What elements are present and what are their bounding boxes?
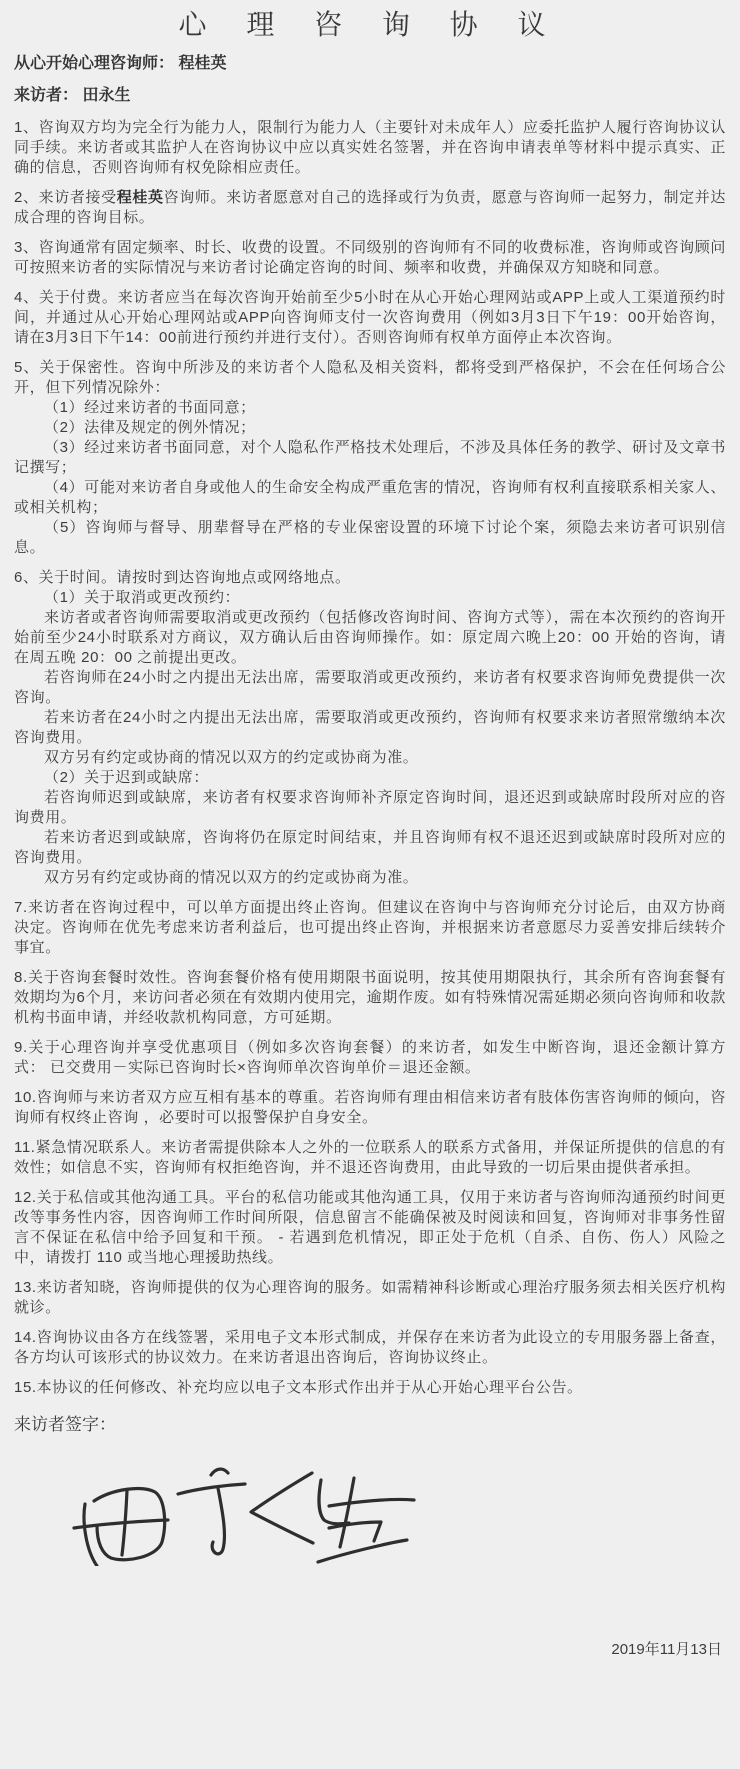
clause-6-item-6: （2）关于迟到或缺席： xyxy=(14,768,726,788)
clause-4: 4、关于付费。来访者应当在每次咨询开始前至少5小时在从心开始心理网站或APP上或… xyxy=(14,288,726,348)
clause-5-item-1: （1）经过来访者的书面同意； xyxy=(14,398,726,418)
counselor-name: 程桂英 xyxy=(178,55,226,72)
signature-handwriting-tian-yong-sheng xyxy=(72,1454,417,1566)
clause-5-item-4: （4）可能对来访者自身或他人的生命安全构成严重危害的情况，咨询师有权利直接联系相… xyxy=(14,478,726,518)
clause-8: 8.关于咨询套餐时效性。咨询套餐价格有使用期限书面说明，按其使用期限执行，其余所… xyxy=(14,968,726,1028)
signature-label: 来访者签字： xyxy=(14,1414,726,1436)
agreement-body: 1、咨询双方均为完全行为能力人，限制行为能力人（主要针对未成年人）应委托监护人履… xyxy=(14,118,726,1398)
clause-9: 9.关于心理咨询并享受优惠项目（例如多次咨询套餐）的来访者，如发生中断咨询，退还… xyxy=(14,1038,726,1078)
clause-2-pre: 2、来访者接受 xyxy=(14,189,117,206)
counselor-label: 从心开始心理咨询师： xyxy=(14,55,174,72)
clause-6: 6、关于时间。请按时到达咨询地点或网络地点。 xyxy=(14,568,726,588)
visitor-line: 来访者： 田永生 xyxy=(14,86,726,106)
clause-5-item-2: （2）法律及规定的例外情况； xyxy=(14,418,726,438)
page-title: 心 理 咨 询 协 议 xyxy=(14,8,726,42)
clause-6-item-1: （1）关于取消或更改预约： xyxy=(14,588,726,608)
clause-10: 10.咨询师与来访者双方应互相有基本的尊重。若咨询师有理由相信来访者有肢体伤害咨… xyxy=(14,1088,726,1128)
clause-12: 12.关于私信或其他沟通工具。平台的私信功能或其他沟通工具，仅用于来访者与咨询师… xyxy=(14,1188,726,1268)
clause-14: 14.咨询协议由各方在线签署，采用电子文本形式制成，并保存在来访者为此设立的专用… xyxy=(14,1328,726,1368)
clause-3: 3、咨询通常有固定频率、时长、收费的设置。不同级别的咨询师有不同的收费标准，咨询… xyxy=(14,238,726,278)
counselor-line: 从心开始心理咨询师： 程桂英 xyxy=(14,54,726,74)
clause-6-item-9: 双方另有约定或协商的情况以双方的约定或协商为准。 xyxy=(14,868,726,888)
agreement-document: 心 理 咨 询 协 议 从心开始心理咨询师： 程桂英 来访者： 田永生 1、咨询… xyxy=(0,0,740,1660)
clause-7: 7.来访者在咨询过程中，可以单方面提出终止咨询。但建议在咨询中与咨询师充分讨论后… xyxy=(14,898,726,958)
visitor-label: 来访者： xyxy=(14,87,78,104)
clause-5-item-5: （5）咨询师与督导、朋辈督导在严格的专业保密设置的环境下讨论个案，须隐去来访者可… xyxy=(14,518,726,558)
clause-2-counselor-name: 程桂英 xyxy=(117,189,164,206)
clause-6-item-7: 若咨询师迟到或缺席，来访者有权要求咨询师补齐原定咨询时间，退还迟到或缺席时段所对… xyxy=(14,788,726,828)
clause-5: 5、关于保密性。咨询中所涉及的来访者个人隐私及相关资料，都将受到严格保护，不会在… xyxy=(14,358,726,398)
signature-date: 2019年11月13日 xyxy=(14,1640,726,1660)
clause-15: 15.本协议的任何修改、补充均应以电子文本形式作出并于从心开始心理平台公告。 xyxy=(14,1378,726,1398)
visitor-name: 田永生 xyxy=(82,87,130,104)
signature-area xyxy=(72,1454,417,1566)
clause-6-item-3: 若咨询师在24小时之内提出无法出席，需要取消或更改预约，来访者有权要求咨询师免费… xyxy=(14,668,726,708)
clause-6-item-2: 来访者或者咨询师需要取消或更改预约（包括修改咨询时间、咨询方式等），需在本次预约… xyxy=(14,608,726,668)
clause-5-item-3: （3）经过来访者书面同意，对个人隐私作严格技术处理后，不涉及具体任务的教学、研讨… xyxy=(14,438,726,478)
clause-13: 13.来访者知晓，咨询师提供的仅为心理咨询的服务。如需精神科诊断或心理治疗服务须… xyxy=(14,1278,726,1318)
clause-1: 1、咨询双方均为完全行为能力人，限制行为能力人（主要针对未成年人）应委托监护人履… xyxy=(14,118,726,178)
clause-11: 11.紧急情况联系人。来访者需提供除本人之外的一位联系人的联系方式备用，并保证所… xyxy=(14,1138,726,1178)
clause-6-item-8: 若来访者迟到或缺席，咨询将仍在原定时间结束，并且咨询师有权不退还迟到或缺席时段所… xyxy=(14,828,726,868)
clause-6-item-5: 双方另有约定或协商的情况以双方的约定或协商为准。 xyxy=(14,748,726,768)
clause-2: 2、来访者接受程桂英咨询师。来访者愿意对自己的选择或行为负责，愿意与咨询师一起努… xyxy=(14,188,726,228)
clause-6-item-4: 若来访者在24小时之内提出无法出席，需要取消或更改预约，咨询师有权要求来访者照常… xyxy=(14,708,726,748)
